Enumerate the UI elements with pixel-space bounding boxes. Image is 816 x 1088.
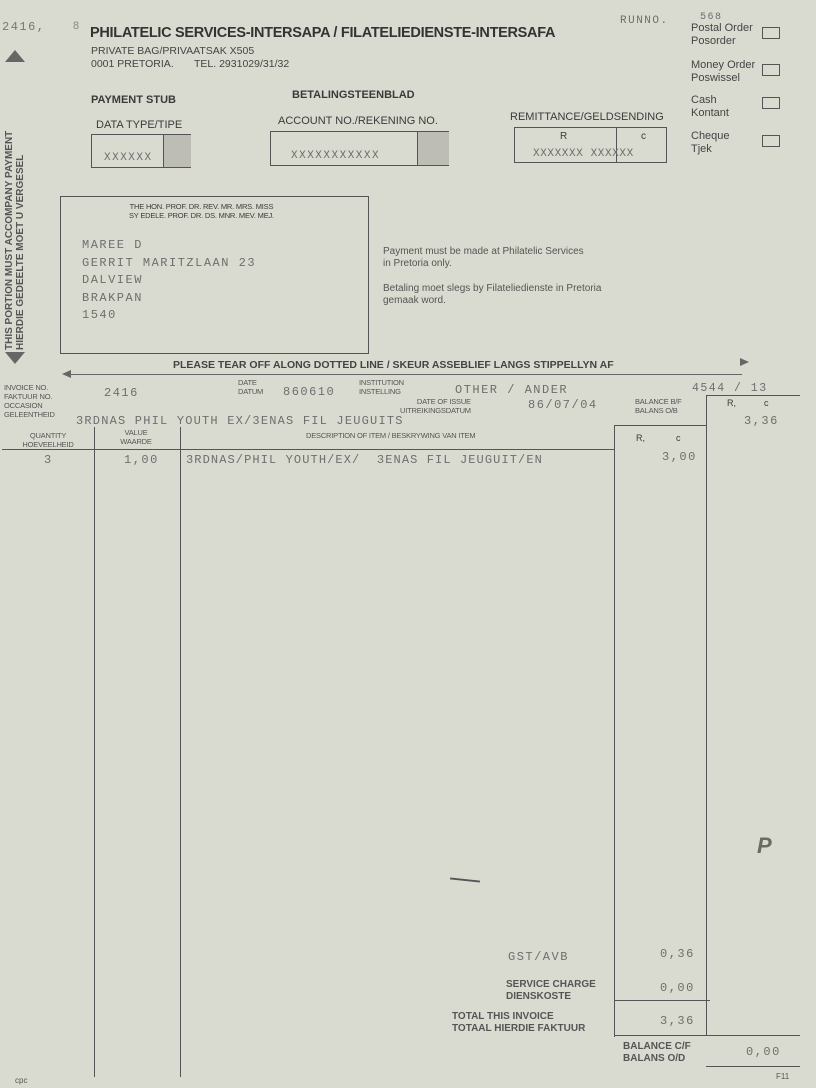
arrow-up-icon [5,50,25,62]
balance-rand-label: R, [727,398,736,408]
addressee-city: BRAKPAN [82,290,256,308]
value-column-divider [180,427,181,1077]
tear-line [70,374,742,375]
data-type-value: XXXXXX [104,152,153,164]
balance-cf-label: BALANCE C/F BALANS O/D [623,1041,691,1065]
telephone: TEL. 2931029/31/32 [194,58,289,70]
invoice-date: 860610 [283,385,335,399]
payment-stub-label: PAYMENT STUB [91,94,176,106]
postal-order-label: Postal OrderPosorder [691,22,753,48]
row-quantity: 3 [44,453,53,467]
account-no-check-digit [417,132,449,165]
service-charge-label: SERVICE CHARGE DIENSKOSTE [506,979,596,1003]
addressee-box: THE HON. PROF. DR. REV. MR. MRS. MISS SY… [60,196,369,354]
handwritten-ref: 2416, [2,20,46,34]
form-code: F11 [776,1072,789,1081]
balance-bf: 3,36 [744,414,779,428]
arrow-right-icon [740,358,749,366]
quantity-header: QUANTITY HOEVEELHEID [20,431,76,449]
data-type-label: DATA TYPE/TIPE [96,119,182,131]
balance-bf-label: BALANCE B/F BALANS O/B [635,397,682,415]
date-of-issue: 86/07/04 [528,398,598,412]
cheque-label: ChequeTjek [691,130,730,156]
cash-checkbox[interactable] [762,97,780,109]
arrow-left-icon [62,370,71,378]
addressee-street: GERRIT MARITZLAAN 23 [82,255,256,273]
money-order-checkbox[interactable] [762,64,780,76]
total-label: TOTAL THIS INVOICE TOTAAL HIERDIE FAKTUU… [452,1011,585,1035]
occasion: 3RDNAS PHIL YOUTH EX/3ENAS FIL JEUGUITS [76,414,404,428]
honorifics: THE HON. PROF. DR. REV. MR. MRS. MISS SY… [129,202,274,220]
company-title: PHILATELIC SERVICES-INTERSAPA / FILATELI… [90,25,555,41]
postal-order-checkbox[interactable] [762,27,780,39]
account-no-field[interactable]: XXXXXXXXXXX [270,131,449,166]
description-header: DESCRIPTION OF ITEM / BESKRYWING VAN ITE… [306,431,475,440]
addressee-postcode: 1540 [82,307,256,325]
balance-cf-amount: 0,00 [746,1045,781,1059]
institution: OTHER / ANDER [455,383,568,397]
row-description: 3RDNAS/PHIL YOUTH/EX/ 3ENAS FIL JEUGUIT/… [186,453,543,467]
address-block: MAREE D GERRIT MARITZLAAN 23 DALVIEW BRA… [82,237,256,325]
addressee-suburb: DALVIEW [82,272,256,290]
handwritten-initial: P [757,833,772,859]
account-reference: 4544 / 13 [692,382,768,395]
account-no-value: XXXXXXXXXXX [291,150,380,162]
addressee-name: MAREE D [82,237,256,255]
side-instruction-en: THIS PORTION MUST ACCOMPANY PAYMENT [4,131,15,350]
handwritten-mark: 8 [73,20,79,32]
remittance-cent-label: c [641,131,646,142]
run-no-label: RUNNO. [620,15,669,27]
row-amount: 3,00 [662,450,697,464]
remittance-label: REMITTANCE/GELDSENDING [510,111,664,123]
invoice-no: 2416 [104,386,139,400]
gst-amount: 0,36 [660,947,695,961]
cash-label: CashKontant [691,94,729,120]
balance-cent-label: c [764,398,769,408]
side-instruction-af: HIERDIE GEDEELTE MOET U VERGESEL [15,155,26,350]
service-charge-amount: 0,00 [660,981,695,995]
printer-code: cpc [15,1076,27,1085]
data-type-field[interactable]: XXXXXX [91,134,191,168]
gst-label: GST/AVB [508,950,569,964]
invoice-no-label: INVOICE NO. FAKTUUR NO. OCCASION GELEENT… [4,383,55,419]
pen-mark [450,877,480,882]
remittance-rand-label: R [560,131,567,142]
betalingsteenblad-label: BETALINGSTEENBLAD [292,89,415,101]
payment-notice-af: Betaling moet slegs by Filateliedienste … [383,283,601,307]
date-label: DATE DATUM [238,378,263,396]
amount-column-divider [614,425,615,1037]
address-line1: PRIVATE BAG/PRIVAATSAK X505 [91,45,254,57]
account-no-label: ACCOUNT NO./REKENING NO. [278,115,438,127]
date-of-issue-label: DATE OF ISSUE UITREIKINGSDATUM [400,397,471,415]
payment-notice-en: Payment must be made at Philatelic Servi… [383,246,584,270]
arrow-down-icon [5,352,25,364]
cheque-checkbox[interactable] [762,135,780,147]
remittance-field[interactable]: R c XXXXXXX XXXXXX [514,127,667,163]
tear-off-instruction: PLEASE TEAR OFF ALONG DOTTED LINE / SKEU… [173,359,614,371]
row-value: 1,00 [124,453,159,467]
money-order-label: Money OrderPoswissel [691,59,755,85]
amount-cent-label: c [676,433,681,443]
data-type-check-digit [163,135,191,167]
quantity-column-divider [94,427,95,1077]
institution-label: INSTITUTION INSTELLING [359,378,404,396]
amount-rand-label: R, [636,433,645,443]
total-amount: 3,36 [660,1014,695,1028]
remittance-value: XXXXXXX XXXXXX [533,148,634,160]
balance-column-divider [706,395,707,1035]
value-header: VALUE WAARDE [118,428,154,446]
address-line2: 0001 PRETORIA. [91,58,174,70]
